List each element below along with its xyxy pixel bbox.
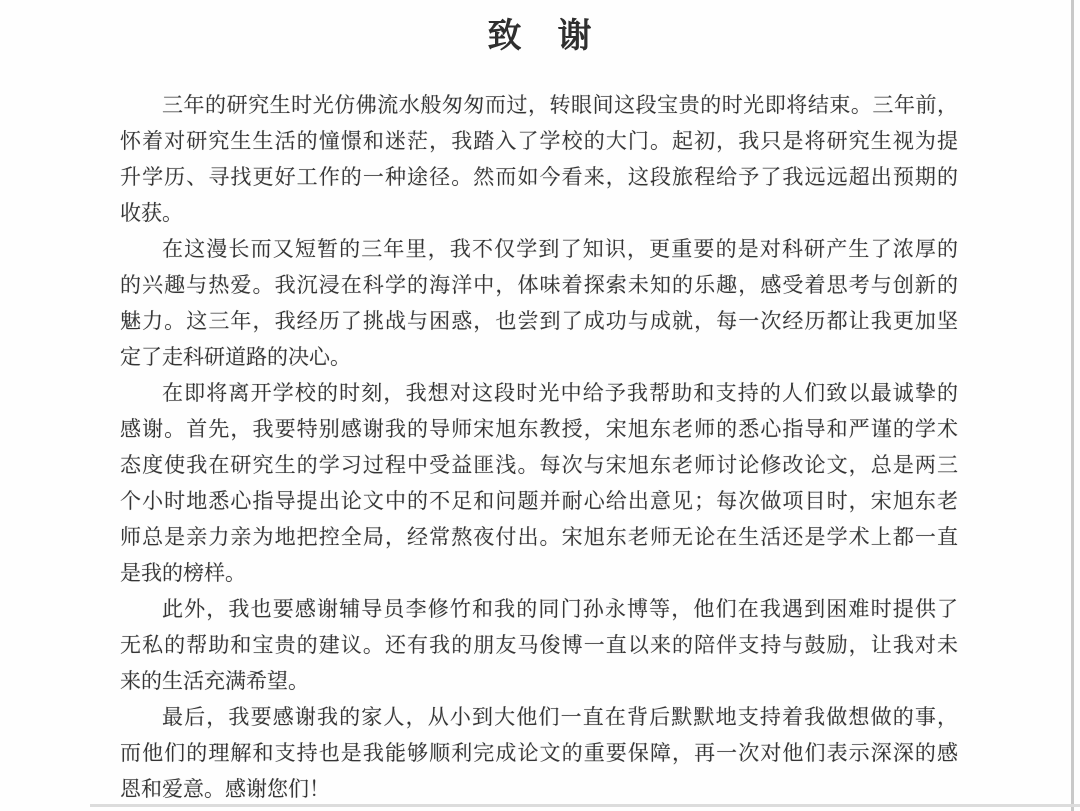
text-line: 感谢。首先，我要特别感谢我的导师宋旭东教授，宋旭东老师的悉心指导和严谨的学术: [120, 411, 958, 447]
text-line: 态度使我在研究生的学习过程中受益匪浅。每次与宋旭东老师讨论修改论文，总是两三: [120, 447, 958, 483]
paragraph: 在这漫长而又短暂的三年里，我不仅学到了知识，更重要的是对科研产生了浓厚的 的兴趣…: [120, 231, 958, 375]
paragraph: 三年的研究生时光仿佛流水般匆匆而过，转眼间这段宝贵的时光即将结束。三年前， 怀着…: [120, 87, 958, 231]
paragraph: 此外，我也要感谢辅导员李修竹和我的同门孙永博等，他们在我遇到困难时提供了 无私的…: [120, 591, 958, 699]
text-line: 在这漫长而又短暂的三年里，我不仅学到了知识，更重要的是对科研产生了浓厚的: [120, 231, 958, 267]
paragraph: 最后，我要感谢我的家人，从小到大他们一直在背后默默地支持着我做想做的事， 而他们…: [120, 699, 958, 807]
text-line: 在即将离开学校的时刻，我想对这段时光中给予我帮助和支持的人们致以最诚挚的: [120, 375, 958, 411]
text-line: 是我的榜样。: [120, 555, 958, 591]
text-line: 个小时地悉心指导提出论文中的不足和问题并耐心给出意见；每次做项目时，宋旭东老: [120, 483, 958, 519]
text-line: 怀着对研究生生活的憧憬和迷茫，我踏入了学校的大门。起初，我只是将研究生视为提: [120, 123, 958, 159]
text-line: 升学历、寻找更好工作的一种途径。然而如今看来，这段旅程给予了我远远超出预期的: [120, 159, 958, 195]
text-line: 三年的研究生时光仿佛流水般匆匆而过，转眼间这段宝贵的时光即将结束。三年前，: [120, 87, 958, 123]
document-page: 致 谢 三年的研究生时光仿佛流水般匆匆而过，转眼间这段宝贵的时光即将结束。三年前…: [0, 0, 1080, 811]
text-line: 恩和爱意。感谢您们！: [120, 771, 958, 807]
page-edge-line-right: [1071, 0, 1074, 811]
paragraph: 在即将离开学校的时刻，我想对这段时光中给予我帮助和支持的人们致以最诚挚的 感谢。…: [120, 375, 958, 591]
page-edge-shadow-bottom: [90, 804, 1080, 807]
text-line: 定了走科研道路的决心。: [120, 339, 958, 375]
text-line: 师总是亲力亲为地把控全局，经常熬夜付出。宋旭东老师无论在生活还是学术上都一直: [120, 519, 958, 555]
text-line: 此外，我也要感谢辅导员李修竹和我的同门孙永博等，他们在我遇到困难时提供了: [120, 591, 958, 627]
text-line: 的兴趣与热爱。我沉浸在科学的海洋中，体味着探索未知的乐趣，感受着思考与创新的: [120, 267, 958, 303]
text-line: 无私的帮助和宝贵的建议。还有我的朋友马俊博一直以来的陪伴支持与鼓励，让我对未: [120, 627, 958, 663]
page-title: 致 谢: [0, 14, 1080, 58]
text-line: 而他们的理解和支持也是我能够顺利完成论文的重要保障，再一次对他们表示深深的感: [120, 735, 958, 771]
text-line: 收获。: [120, 195, 958, 231]
text-line: 最后，我要感谢我的家人，从小到大他们一直在背后默默地支持着我做想做的事，: [120, 699, 958, 735]
text-line: 魅力。这三年，我经历了挑战与困惑，也尝到了成功与成就，每一次经历都让我更加坚: [120, 303, 958, 339]
text-line: 来的生活充满希望。: [120, 663, 958, 699]
document-body: 三年的研究生时光仿佛流水般匆匆而过，转眼间这段宝贵的时光即将结束。三年前， 怀着…: [120, 87, 958, 807]
